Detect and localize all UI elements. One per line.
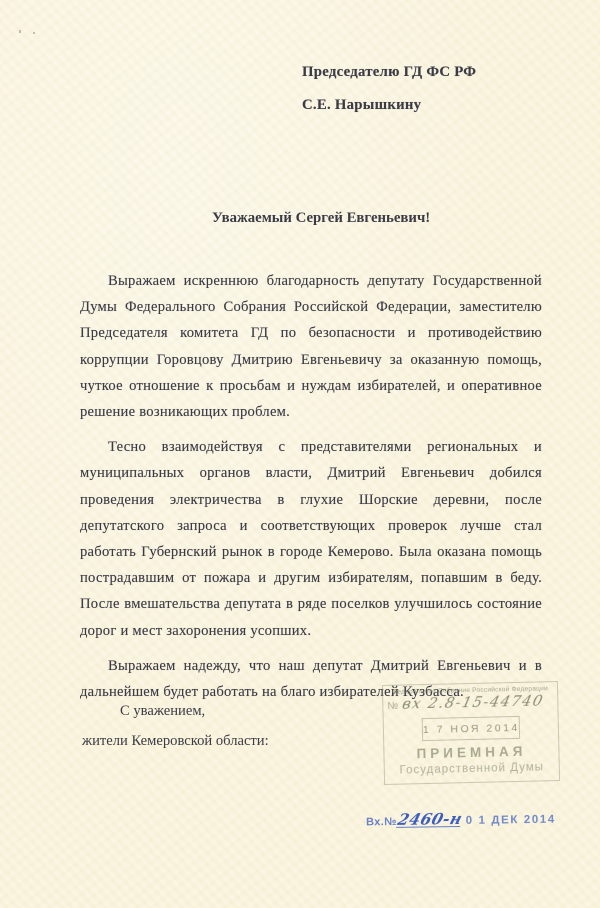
closing-line: С уважением,: [120, 703, 205, 720]
paragraph-gratitude: Выражаем искреннюю благодарность депутат…: [80, 268, 542, 425]
incoming-stamp-prefix: Вх.№: [366, 816, 397, 828]
stamp-date-box: 1 7 НОЯ 2014: [422, 716, 520, 741]
duma-reception-stamp: Федеральное Собрание Российской Федераци…: [382, 681, 560, 785]
stamp-number-prefix: №: [387, 701, 398, 712]
stamp-title: ПРИЕМНАЯ: [388, 743, 554, 762]
stamp-handwritten-number: вх 2.8-15-44740: [400, 693, 545, 712]
salutation: Уважаемый Сергей Евгеньевич!: [212, 210, 430, 227]
recipient-line-1: Председателю ГД ФС РФ: [302, 56, 476, 89]
recipient-block: Председателю ГД ФС РФ С.Е. Нарышкину: [302, 56, 476, 122]
paper-speck: [19, 30, 21, 33]
stamp-subtitle: Государственной Думы: [389, 761, 555, 777]
stamp-number-row: № вх 2.8-15-44740: [387, 693, 553, 713]
incoming-number-stamp: Вх.№ 2460-н 0 1 ДЕК 2014: [366, 811, 556, 829]
letter-body: Выражаем искреннюю благодарность депутат…: [80, 268, 542, 714]
paragraph-achievements: Тесно взаимодействуя с представителями р…: [80, 434, 542, 644]
incoming-date-stamp: 0 1 ДЕК 2014: [466, 814, 556, 827]
paper-speck: [33, 32, 35, 34]
incoming-handwritten-number: 2460-н: [396, 812, 464, 828]
scanned-letter-page: Председателю ГД ФС РФ С.Е. Нарышкину Ува…: [0, 0, 600, 908]
signature-line: жители Кемеровской области:: [82, 733, 269, 750]
recipient-line-2: С.Е. Нарышкину: [302, 89, 476, 122]
